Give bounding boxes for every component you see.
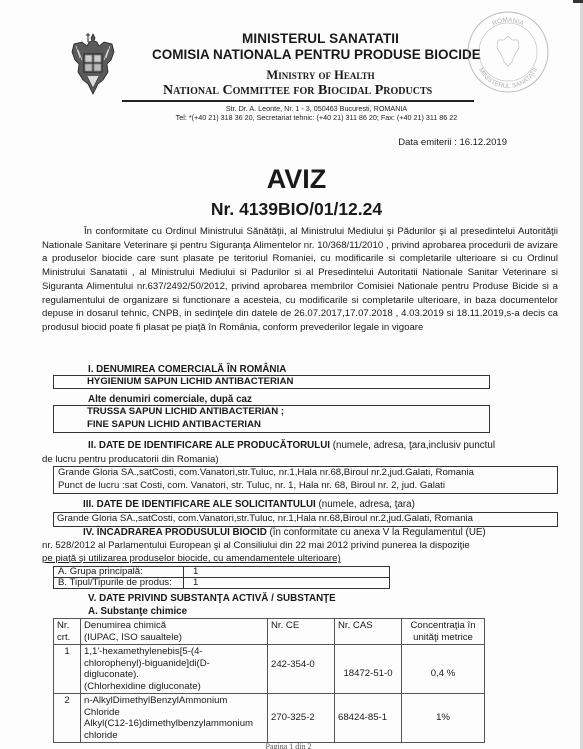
main-group-value: 1	[184, 567, 390, 578]
other-name-2: FINE SAPUN LICHID ANTIBACTERIAN	[54, 419, 489, 432]
other-name-1: TRUSSA SAPUN LICHID ANTIBACTERIAN ;	[54, 406, 489, 419]
section4-title: IV. ÎNCADRAREA PRODUSULUI BIOCID (în con…	[83, 527, 486, 538]
applicant-line: Grande Gloria SA.,satCosti, com.Vanatori…	[57, 513, 557, 526]
applicant-box: Grande Gloria SA.,satCosti, com.Vanatori…	[53, 512, 558, 527]
official-stamp-icon: ROMANIA MINISTERUL SANATATII	[466, 10, 550, 94]
producer-line-1: Grande Gloria SA.,satCosti, com.Vanatori…	[58, 467, 557, 480]
trade-name: HYGIENIUM SAPUN LICHID ANTIBACTERIAN	[54, 376, 489, 389]
col-concentration: Concentraţia înunităţi metrice	[402, 619, 485, 645]
section4-note-3: pe piaţă şi utilizarea produselor biocid…	[42, 553, 341, 564]
document-page: MINISTERUL SANATATII COMISIA NATIONALA P…	[0, 0, 583, 749]
substances-table: Nr.crt. Denumirea chimică(IUPAC, ISO sau…	[53, 618, 485, 743]
scan-artifact	[573, 0, 583, 3]
address: Str. Dr. A. Leonte, Nr. 1 - 3, 050463 Bu…	[0, 104, 583, 113]
row-ce: 242-354-0	[268, 645, 335, 694]
product-type-label: B. Tipul/Tipurile de produs:	[54, 578, 184, 589]
row-chemical-name: 1,1'-hexamethylenebis[5-(4- chlorophenyl…	[81, 645, 268, 694]
row-cas: 68424-85-1	[335, 694, 402, 743]
page-number: Pagina 1 din 2	[0, 742, 583, 749]
row-concentration: 0,4 %	[402, 645, 485, 694]
trade-name-box: HYGIENIUM SAPUN LICHID ANTIBACTERIAN	[53, 375, 490, 389]
col-chemical-name: Denumirea chimică(IUPAC, ISO saualtele)	[81, 619, 268, 645]
other-names-box: TRUSSA SAPUN LICHID ANTIBACTERIAN ; FINE…	[53, 405, 490, 433]
svg-text:ROMANIA: ROMANIA	[491, 17, 525, 28]
header-divider	[122, 100, 474, 102]
row-chemical-name: n-AlkylDimethylBenzylAmmonium Chloride A…	[81, 694, 268, 743]
main-group-label: A. Grupa principală:	[54, 567, 184, 578]
section2-title: II. DATE DE IDENTIFICARE ALE PRODUCĂTORU…	[88, 440, 495, 451]
commission-name-ro: COMISIA NATIONALA PENTRU PRODUSE BIOCIDE	[152, 47, 481, 62]
producer-line-2: Punct de lucru :sat Costi, com. Vanatori…	[58, 480, 557, 493]
col-ce: Nr. CE	[268, 619, 335, 645]
col-nr: Nr.crt.	[54, 619, 81, 645]
section5-title: V. DATE PRIVIND SUBSTANŢA ACTIVĂ / SUBST…	[88, 593, 336, 604]
table-row: B. Tipul/Tipurile de produs: 1	[54, 578, 390, 589]
col-cas: Nr. CAS	[335, 619, 402, 645]
section4-note-2: nr. 528/2012 al Parlamentului European ş…	[42, 540, 470, 551]
producer-box: Grande Gloria SA.,satCosti, com.Vanatori…	[53, 466, 558, 494]
row-concentration: 1%	[402, 694, 485, 743]
classification-table: A. Grupa principală: 1 B. Tipul/Tipurile…	[53, 566, 390, 589]
row-ce: 270-325-2	[268, 694, 335, 743]
row-nr: 2	[54, 694, 81, 743]
row-nr: 1	[54, 645, 81, 694]
table-row: 2 n-AlkylDimethylBenzylAmmonium Chloride…	[54, 694, 485, 743]
product-type-value: 1	[184, 578, 390, 589]
other-names-label: Alte denumiri comerciale, după caz	[88, 394, 252, 405]
document-title: AVIZ	[0, 164, 583, 195]
table-row: 1 1,1'-hexamethylenebis[5-(4- chlorophen…	[54, 645, 485, 694]
intro-paragraph: În conformitate cu Ordinul Ministrului S…	[42, 225, 558, 335]
commission-name-en: National Committee for Biocidal Products	[163, 83, 432, 99]
section3-title: III. DATE DE IDENTIFICARE ALE SOLICITANT…	[83, 499, 415, 510]
section2-note: de lucru pentru producatorii din Romania…	[42, 454, 219, 465]
section5-subtitle: A. Substanţe chimice	[88, 606, 187, 617]
contacts: Tel: *(+40 21) 318 36 20, Secretariat te…	[0, 113, 583, 122]
document-number: Nr. 4139BIO/01/12.24	[0, 199, 583, 220]
row-cas: 18472-51-0	[335, 645, 402, 694]
svg-text:MINISTERUL SANATATII: MINISTERUL SANATATII	[477, 67, 539, 90]
table-row: A. Grupa principală: 1	[54, 567, 390, 578]
section1-title: I. DENUMIREA COMERCIALĂ ÎN ROMÂNIA	[88, 364, 286, 375]
table-header-row: Nr.crt. Denumirea chimică(IUPAC, ISO sau…	[54, 619, 485, 645]
issue-date: Data emiterii : 16.12.2019	[398, 137, 507, 148]
